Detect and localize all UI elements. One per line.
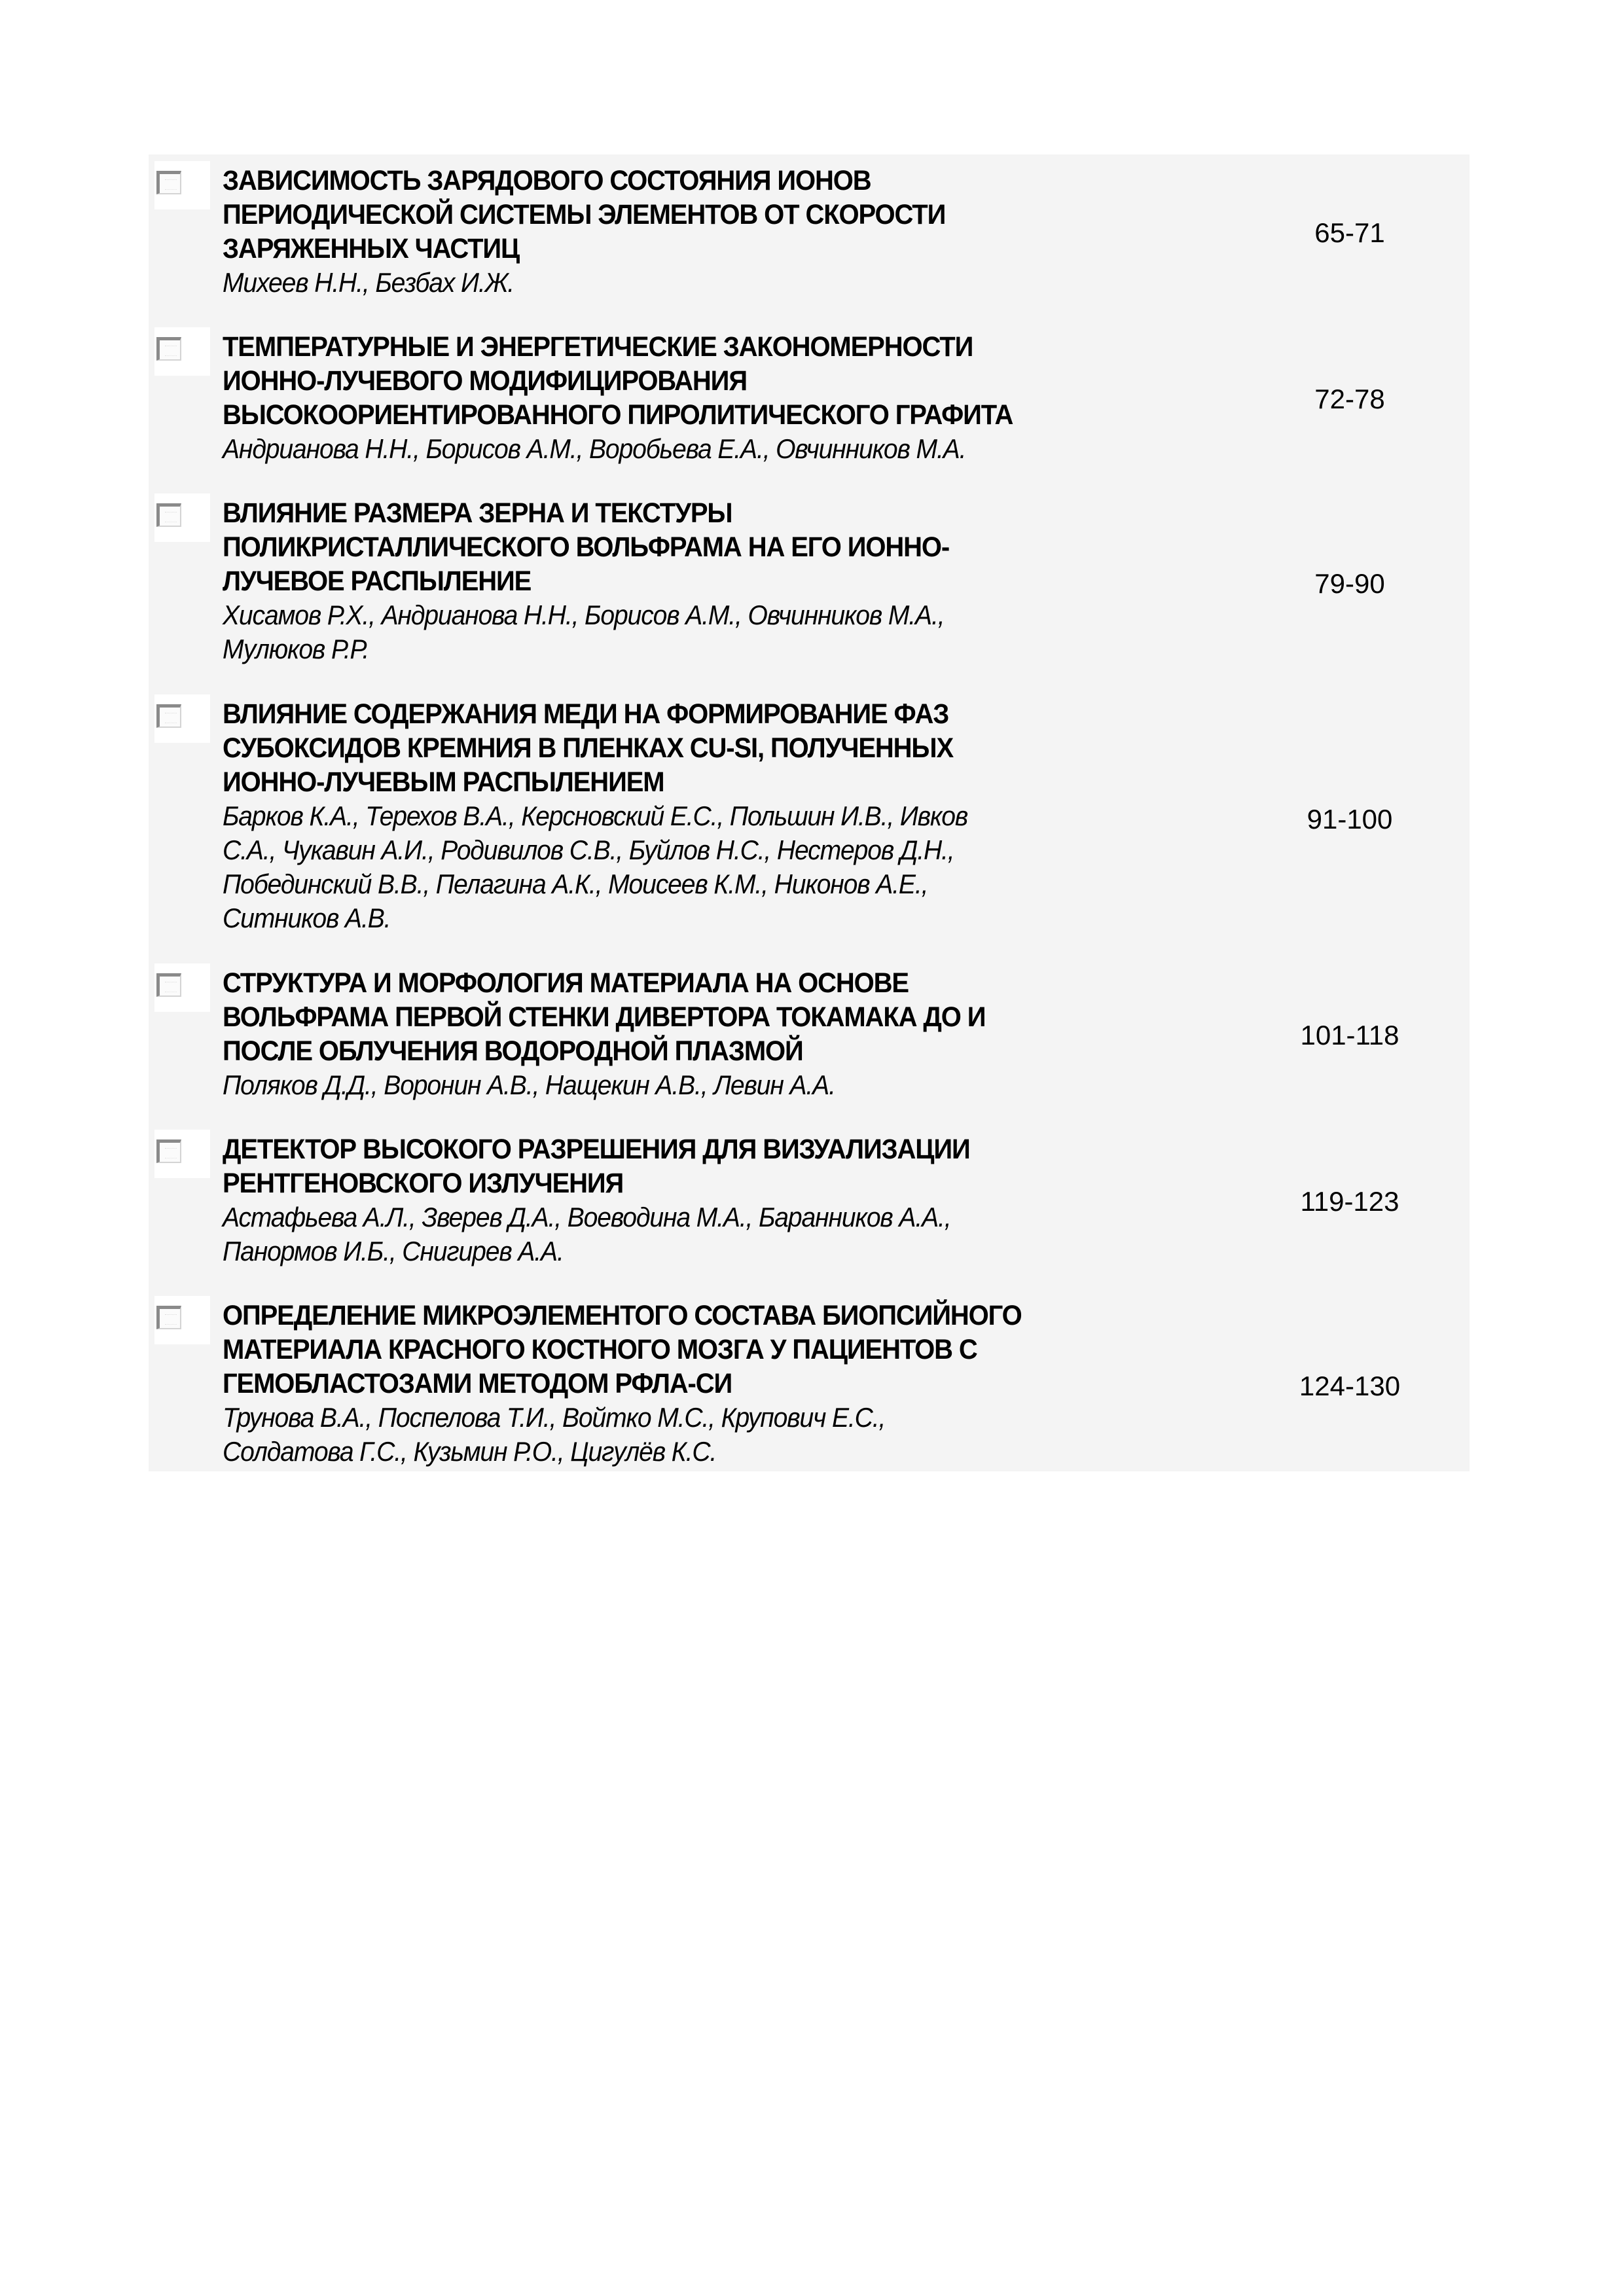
entry-text: СТРУКТУРА И МОРФОЛОГИЯ МАТЕРИАЛА НА ОСНО…	[223, 966, 1303, 1102]
article-pages: 101-118	[1291, 1018, 1409, 1052]
entry-text: ВЛИЯНИЕ СОДЕРЖАНИЯ МЕДИ НА ФОРМИРОВАНИЕ …	[223, 697, 1303, 935]
article-title-link[interactable]: ЗАВИСИМОСТЬ ЗАРЯДОВОГО СОСТОЯНИЯ ИОНОВ П…	[223, 164, 1227, 266]
article-pages: 91-100	[1291, 802, 1409, 836]
entry-text: ОПРЕДЕЛЕНИЕ МИКРОЭЛЕМЕНТОГО СОСТАВА БИОП…	[223, 1299, 1303, 1469]
article-authors: Хисамов Р.Х., Андрианова Н.Н., Борисов А…	[223, 598, 1227, 666]
select-article-checkbox[interactable]	[156, 503, 181, 527]
article-authors: Поляков Д.Д., Воронин А.В., Нащекин А.В.…	[223, 1068, 1227, 1102]
article-authors: Трунова В.А., Поспелова Т.И., Войтко М.С…	[223, 1401, 1227, 1469]
select-article-checkbox[interactable]	[156, 973, 181, 997]
checkbox-cell	[154, 963, 210, 1012]
checkbox-cell	[154, 1296, 210, 1344]
entry-text: ДЕТЕКТОР ВЫСОКОГО РАЗРЕШЕНИЯ ДЛЯ ВИЗУАЛИ…	[223, 1132, 1303, 1268]
article-authors: Барков К.А., Терехов В.А., Керсновский Е…	[223, 799, 1227, 935]
checkbox-cell	[154, 327, 210, 376]
select-article-checkbox[interactable]	[156, 704, 181, 728]
article-title-link[interactable]: СТРУКТУРА И МОРФОЛОГИЯ МАТЕРИАЛА НА ОСНО…	[223, 966, 1227, 1068]
article-pages: 72-78	[1291, 382, 1409, 416]
article-title-link[interactable]: ВЛИЯНИЕ СОДЕРЖАНИЯ МЕДИ НА ФОРМИРОВАНИЕ …	[223, 697, 1227, 799]
entry-text: ТЕМПЕРАТУРНЫЕ И ЭНЕРГЕТИЧЕСКИЕ ЗАКОНОМЕР…	[223, 330, 1303, 466]
select-article-checkbox[interactable]	[156, 1306, 181, 1329]
article-pages: 65-71	[1291, 216, 1409, 250]
entry-text: ЗАВИСИМОСТЬ ЗАРЯДОВОГО СОСТОЯНИЯ ИОНОВ П…	[223, 164, 1303, 300]
table-of-contents: ЗАВИСИМОСТЬ ЗАРЯДОВОГО СОСТОЯНИЯ ИОНОВ П…	[149, 154, 1470, 1471]
entry-text: ВЛИЯНИЕ РАЗМЕРА ЗЕРНА И ТЕКСТУРЫ ПОЛИКРИ…	[223, 496, 1303, 666]
article-authors: Михеев Н.Н., Безбах И.Ж.	[223, 266, 1227, 300]
article-title-link[interactable]: ДЕТЕКТОР ВЫСОКОГО РАЗРЕШЕНИЯ ДЛЯ ВИЗУАЛИ…	[223, 1132, 1227, 1200]
select-article-checkbox[interactable]	[156, 171, 181, 194]
article-authors: Андрианова Н.Н., Борисов А.М., Воробьева…	[223, 432, 1227, 466]
checkbox-cell	[154, 161, 210, 209]
article-pages: 119-123	[1291, 1185, 1409, 1219]
article-pages: 124-130	[1291, 1369, 1409, 1403]
article-pages: 79-90	[1291, 567, 1409, 601]
article-title-link[interactable]: ВЛИЯНИЕ РАЗМЕРА ЗЕРНА И ТЕКСТУРЫ ПОЛИКРИ…	[223, 496, 1227, 598]
article-authors: Астафьева А.Л., Зверев Д.А., Воеводина М…	[223, 1200, 1227, 1268]
checkbox-cell	[154, 493, 210, 542]
select-article-checkbox[interactable]	[156, 337, 181, 361]
article-title-link[interactable]: ОПРЕДЕЛЕНИЕ МИКРОЭЛЕМЕНТОГО СОСТАВА БИОП…	[223, 1299, 1227, 1401]
article-title-link[interactable]: ТЕМПЕРАТУРНЫЕ И ЭНЕРГЕТИЧЕСКИЕ ЗАКОНОМЕР…	[223, 330, 1227, 432]
checkbox-cell	[154, 694, 210, 743]
select-article-checkbox[interactable]	[156, 1139, 181, 1163]
checkbox-cell	[154, 1130, 210, 1178]
